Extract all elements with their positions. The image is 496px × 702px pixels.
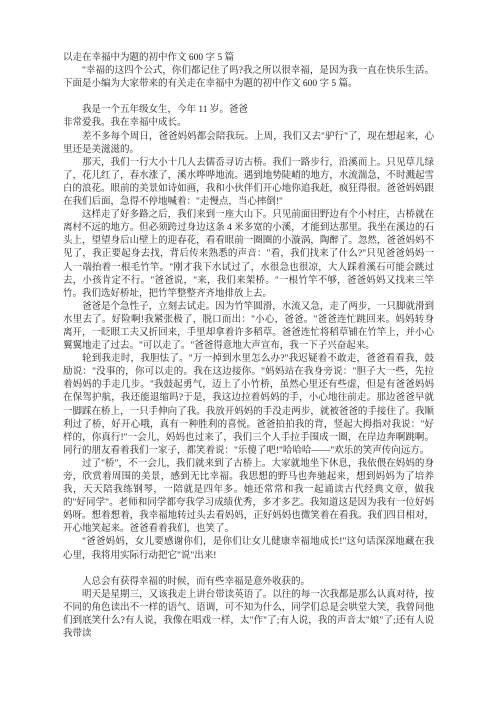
document-body: "幸福的这四个公式，你们都记住了吗?我之所以很幸福，是因为我一直在快乐生活。下面…	[63, 65, 434, 641]
paragraph: 差不多每个周日，爸爸妈妈都会陪我玩。上周，我们又去"驴行"了，现在想起来，心里还…	[63, 131, 434, 157]
document-title: 以走在幸福中为题的初中作文 600 字 5 篇	[63, 52, 434, 65]
paragraph: 我是一个五年级女生，今年 11 岁。爸爸 非常爱我。我在幸福中成长。	[63, 104, 434, 130]
paragraph: "爸爸妈妈，女儿要感谢你们，是你们让女儿健康幸福地成长!"这句话深深地藏在我心里…	[63, 536, 434, 562]
document-page: 以走在幸福中为题的初中作文 600 字 5 篇 "幸福的这四个公式，你们都记住了…	[0, 0, 496, 702]
paragraph: 爸爸是个急性子，立刻去试走。因为竹竿圆滑，水流又急，走了两步，一只脚就滑到水里去…	[63, 301, 434, 353]
paragraph: "幸福的这四个公式，你们都记住了吗?我之所以很幸福，是因为我一直在快乐生活。下面…	[63, 65, 434, 91]
paragraph: 这样走了好多路之后，我们来到一座大山下。只见前面田野边有个小村庄，古桥就在离村不…	[63, 209, 434, 301]
paragraph: 明天是星期三，又该我走上讲台带读英语了。以往的每一次我都是那么认真对待，按不同的…	[63, 589, 434, 641]
paragraph: 那天，我们一行大小十几人去儒岙寻访古桥。我们一路步行，沿溪而上。只见草儿绿了，花…	[63, 157, 434, 209]
paragraph: 过了"桥"，不一会儿，我们就来到了古桥上。大家就地坐下休息，我依偎在妈妈的身旁，…	[63, 458, 434, 537]
paragraph: 人总会有获得幸福的时候，而有些幸福是意外收获的。	[63, 576, 434, 589]
paragraph: 轮到我走时，我胆怯了。"万一掉到水里怎么办?"我迟疑着不敢走，爸爸看看我，鼓励说…	[63, 353, 434, 458]
